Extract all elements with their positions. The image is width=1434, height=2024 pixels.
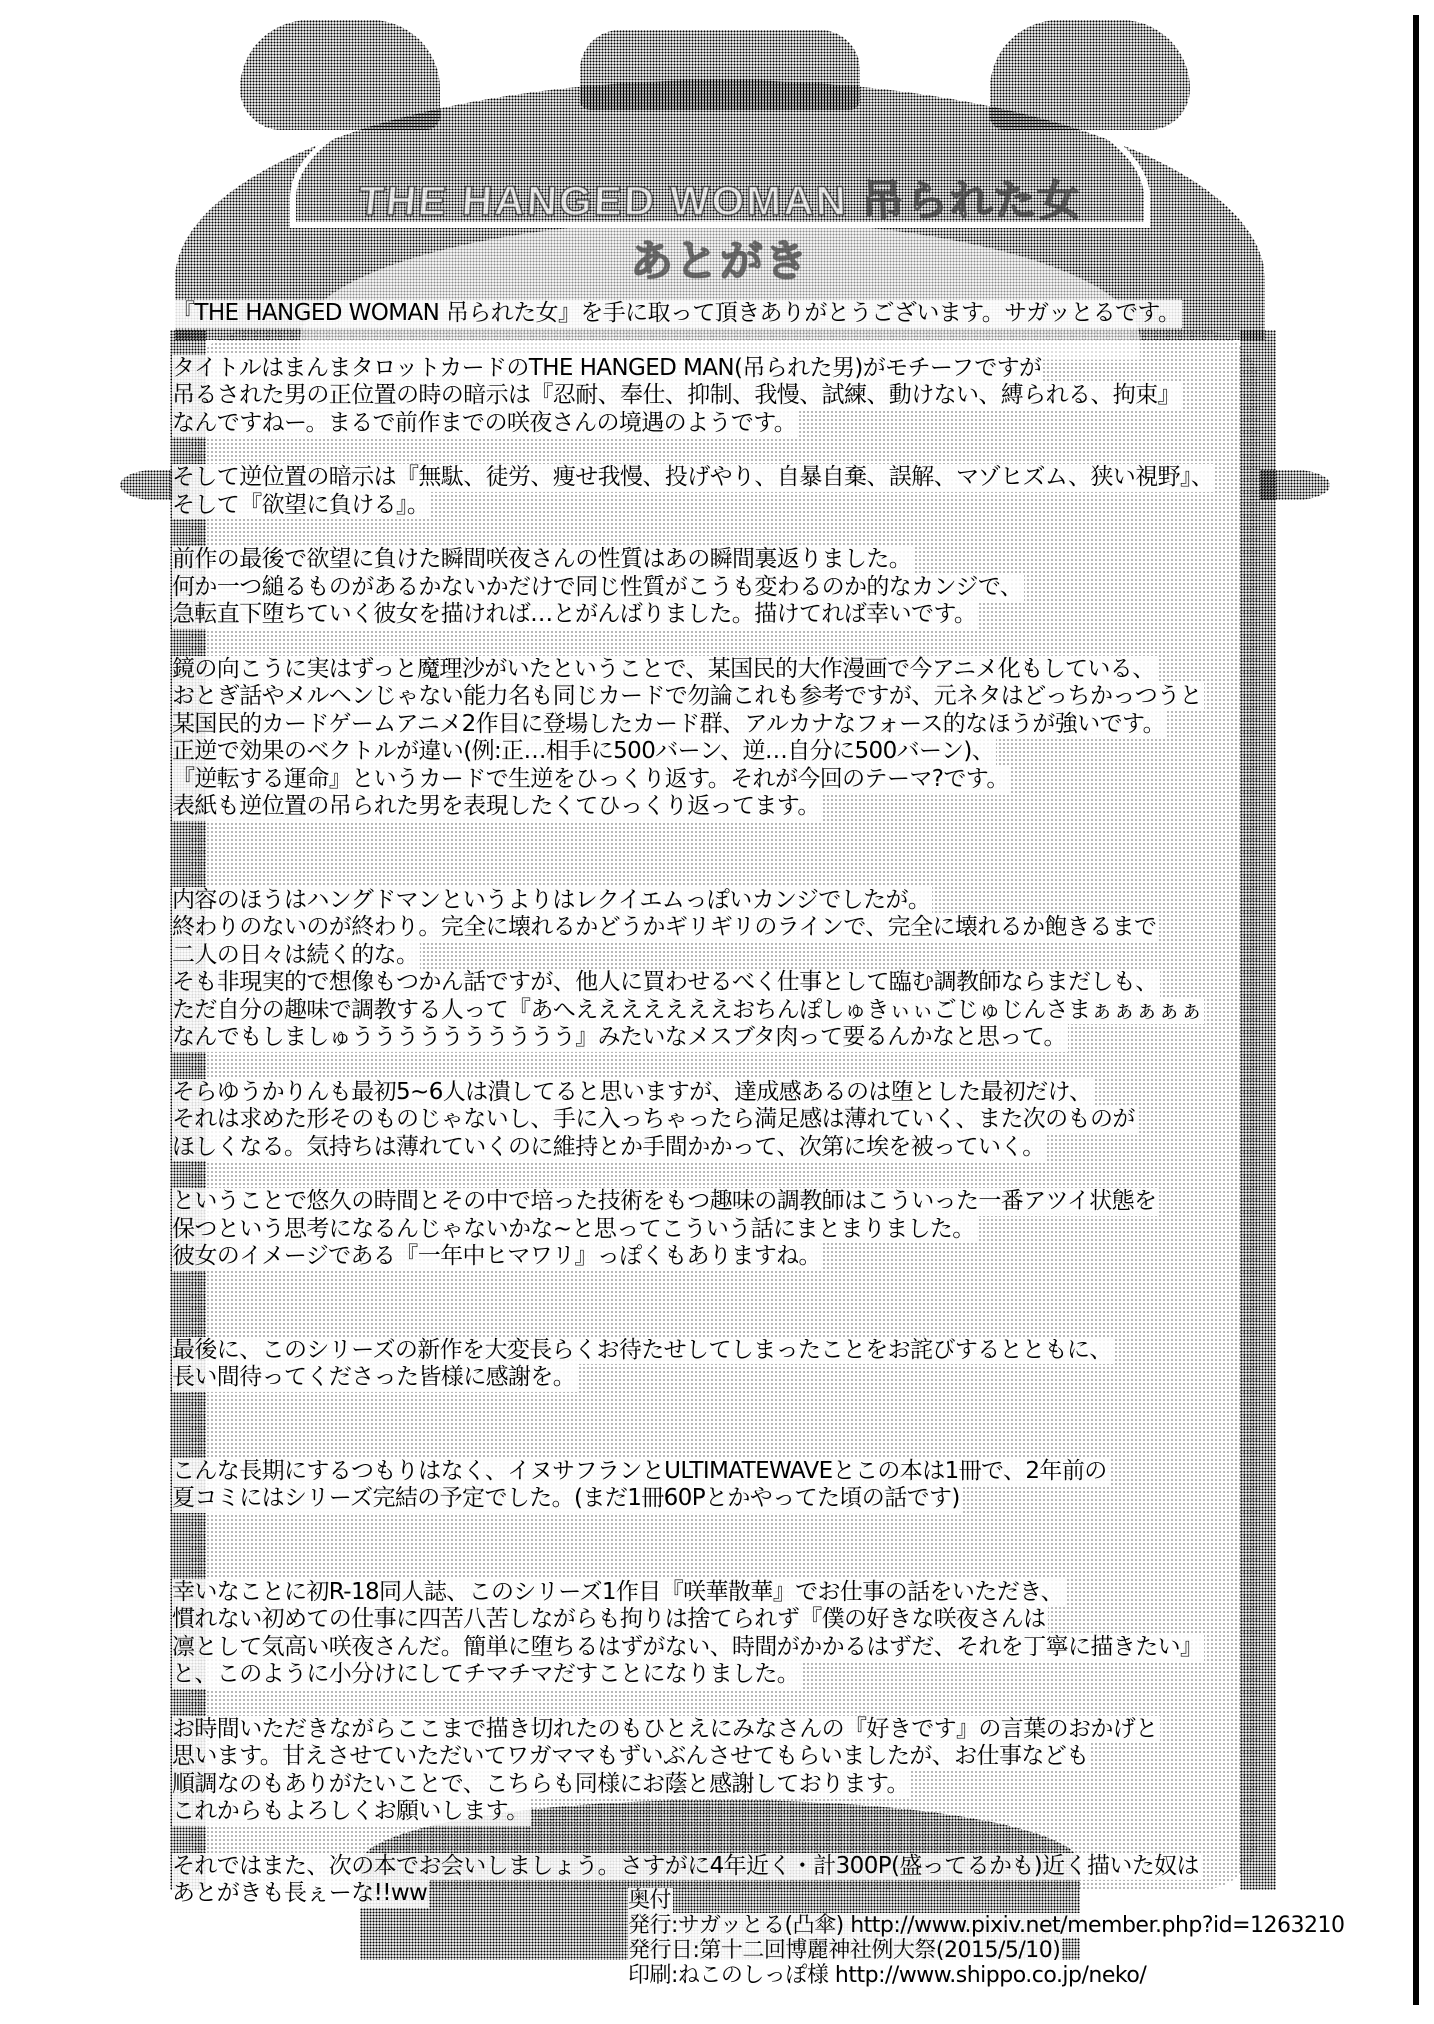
text-line: おとぎ話やメルヘンじゃない能力名も同じカードで勿論これも参考ですが、元ネタはどっ…	[172, 683, 1204, 711]
text-line: 前作の最後で欲望に負けた瞬間咲夜さんの性質はあの瞬間裏返りました。	[172, 546, 913, 574]
text-line: 鏡の向こうに実はずっと魔理沙がいたということで、某国民的大作漫画で今アニメ化もし…	[172, 656, 1157, 684]
title-banner: THE HANGED WOMAN 吊られた女 あとがき	[327, 169, 1114, 228]
paragraph-series-plan: こんな長期にするつもりはなく、イヌサフランとULTIMATEWAVEとこの本は1…	[172, 1458, 1272, 1513]
colophon-date: 発行日:第十二回博麗神社例大祭(2015/5/10)	[628, 1938, 1062, 1963]
text-line: 最後に、このシリーズの新作を大変長らくお待たせしてしまったことをお詫びするととも…	[172, 1337, 1114, 1365]
text-line: 某国民的カードゲームアニメ2作目に登場したカード群、アルカナなフォース的なほうが…	[172, 711, 1167, 739]
text-line: と、このように小分けにしてチマチマだすことになりました。	[172, 1661, 801, 1689]
paragraph-mirror: 鏡の向こうに実はずっと魔理沙がいたということで、某国民的大作漫画で今アニメ化もし…	[172, 656, 1272, 821]
text-line: 終わりのないのが終わり。完全に壊れるかどうかギリギリのラインで、完全に壊れるか飽…	[172, 914, 1158, 942]
text-line: そらゆうかりんも最初5~6人は潰してると思いますが、達成感あるのは堕とした最初だ…	[172, 1079, 1093, 1107]
afterword-page: THE HANGED WOMAN 吊られた女 あとがき 『THE HANGED …	[0, 0, 1434, 2024]
text-line: 幸いなことに初R-18同人誌、このシリーズ1作目『咲華散華』でお仕事の話をいただ…	[172, 1579, 1065, 1607]
paragraph-thanks: お時間いただきながらここまで描き切れたのもひとえにみなさんの『好きです』の言葉の…	[172, 1716, 1272, 1826]
text-line: 『逆転する運命』というカードで生逆をひっくり返す。それが今回のテーマ?です。	[172, 766, 1011, 794]
text-line: 二人の日々は続く的な。	[172, 942, 420, 970]
text-line: お時間いただきながらここまで描き切れたのもひとえにみなさんの『好きです』の言葉の…	[172, 1716, 1160, 1744]
text-line: 慣れない初めての仕事に四苦八苦しながらも拘りは捨てられず『僕の好きな咲夜さんは	[172, 1606, 1048, 1634]
text-line: ということで悠久の時間とその中で培った技術をもつ趣味の調教師はこういった一番アツ…	[172, 1188, 1158, 1216]
paragraph-reversed-meaning: そして逆位置の暗示は『無駄、徒労、痩せ我慢、投げやり、自暴自棄、誤解、マゾヒズム…	[172, 464, 1272, 519]
text-line: なんでもしましゅうううううううううう』みたいなメスブタ肉って要るんかなと思って。	[172, 1024, 1068, 1052]
paragraph-yuuka: そらゆうかりんも最初5~6人は潰してると思いますが、達成感あるのは堕とした最初だ…	[172, 1079, 1272, 1162]
text-line: 表紙も逆位置の吊られた男を表現したくてひっくり返ってます。	[172, 793, 822, 821]
text-line: なんですねー。まるで前作までの咲夜さんの境遇のようです。	[172, 410, 798, 438]
paragraph-greeting: 『THE HANGED WOMAN 吊られた女』を手に取って頂きありがとうござい…	[172, 300, 1272, 328]
text-line: 何か一つ縋るものがあるかないかだけで同じ性質がこうも変わるのか的なカンジで、	[172, 574, 1024, 602]
afterword-body: 『THE HANGED WOMAN 吊られた女』を手に取って頂きありがとうござい…	[172, 300, 1272, 1908]
text-line: それではまた、次の本でお会いしましょう。さすがに4年近く・計300P(盛ってるか…	[172, 1853, 1201, 1881]
text-line: あとがきも長ぇーな!!ww	[172, 1880, 429, 1908]
text-line: 吊るされた男の正位置の時の暗示は『忍耐、奉仕、抑制、我慢、試練、動けない、縛られ…	[172, 382, 1182, 410]
text-line: タイトルはまんまタロットカードのTHE HANGED MAN(吊られた男)がモチ…	[172, 355, 1043, 383]
frame-crown	[580, 30, 860, 110]
text-line: こんな長期にするつもりはなく、イヌサフランとULTIMATEWAVEとこの本は1…	[172, 1458, 1109, 1486]
text-line: ほしくなる。気持ちは薄れていくのに維持とか手間かかって、次第に埃を被っていく。	[172, 1134, 1047, 1162]
text-line: 凛として気高い咲夜さんだ。簡単に堕ちるはずがない、時間がかかるはずだ、それを丁寧…	[172, 1634, 1204, 1662]
text-line: そして逆位置の暗示は『無駄、徒労、痩せ我慢、投げやり、自暴自棄、誤解、マゾヒズム…	[172, 464, 1215, 492]
colophon-printer: 印刷:ねこのしっぽ様 http://www.shippo.co.jp/neko/	[628, 1963, 1148, 1988]
text-line: 内容のほうはハングドマンというよりはレクイエムっぽいカンジでしたが。	[172, 887, 932, 915]
text-line: それは求めた形そのものじゃないし、手に入っちゃったら満足感は薄れていく、また次の…	[172, 1106, 1137, 1134]
text-line: 『THE HANGED WOMAN 吊られた女』を手に取って頂きありがとうござい…	[172, 300, 1182, 328]
paragraph-first-work: 幸いなことに初R-18同人誌、このシリーズ1作目『咲華散華』でお仕事の話をいただ…	[172, 1579, 1272, 1689]
text-line: そも非現実的で想像もつかん話ですが、他人に買わせるべく仕事として臨む調教師ならま…	[172, 969, 1160, 997]
text-line: 急転直下堕ちていく彼女を描ければ…とがんばりました。描けてれば幸いです。	[172, 601, 978, 629]
paragraph-title-meaning: タイトルはまんまタロットカードのTHE HANGED MAN(吊られた男)がモチ…	[172, 355, 1272, 438]
text-line: ただ自分の趣味で調教する人って『あへえええええええおちんぽしゅきぃぃごじゅじんさ…	[172, 997, 1204, 1025]
text-line: そして『欲望に負ける』。	[172, 492, 431, 520]
paragraph-content: 内容のほうはハングドマンというよりはレクイエムっぽいカンジでしたが。 終わりのな…	[172, 887, 1272, 1052]
text-line: 正逆で効果のベクトルが違い(例:正…相手に500バーン、逆…自分に500バーン)…	[172, 738, 996, 766]
colophon-publisher: 発行:サガッとる(凸傘) http://www.pixiv.net/member…	[628, 1913, 1347, 1938]
text-line: 彼女のイメージである『一年中ヒマワリ』っぽくもありますね。	[172, 1243, 823, 1271]
frame-wing-left	[240, 20, 440, 130]
colophon: 奥付 発行:サガッとる(凸傘) http://www.pixiv.net/mem…	[628, 1888, 1347, 1988]
text-line: 夏コミにはシリーズ完結の予定でした。(まだ1冊60Pとかやってた頃の話です)	[172, 1485, 962, 1513]
text-line: 長い間待ってくださった皆様に感謝を。	[172, 1364, 577, 1392]
paragraph-conclusion: ということで悠久の時間とその中で培った技術をもつ趣味の調教師はこういった一番アツ…	[172, 1188, 1272, 1271]
frame-wing-right	[990, 20, 1190, 130]
text-line: これからもよろしくお願いします。	[172, 1798, 531, 1826]
paragraph-previous-work: 前作の最後で欲望に負けた瞬間咲夜さんの性質はあの瞬間裏返りました。 何か一つ縋る…	[172, 546, 1272, 629]
paragraph-apology: 最後に、このシリーズの新作を大変長らくお待たせしてしまったことをお詫びするととも…	[172, 1337, 1272, 1392]
text-line: 保つという思考になるんじゃないかな~と思ってこういう話にまとまりました。	[172, 1216, 977, 1244]
colophon-heading: 奥付	[628, 1888, 673, 1913]
page-edge-rule	[1413, 15, 1419, 2005]
text-line: 順調なのもありがたいことで、こちらも同様にお蔭と感謝しております。	[172, 1771, 911, 1799]
text-line: 思います。甘えさせていただいてワガママもずいぶんさせてもらいましたが、お仕事など…	[172, 1743, 1091, 1771]
